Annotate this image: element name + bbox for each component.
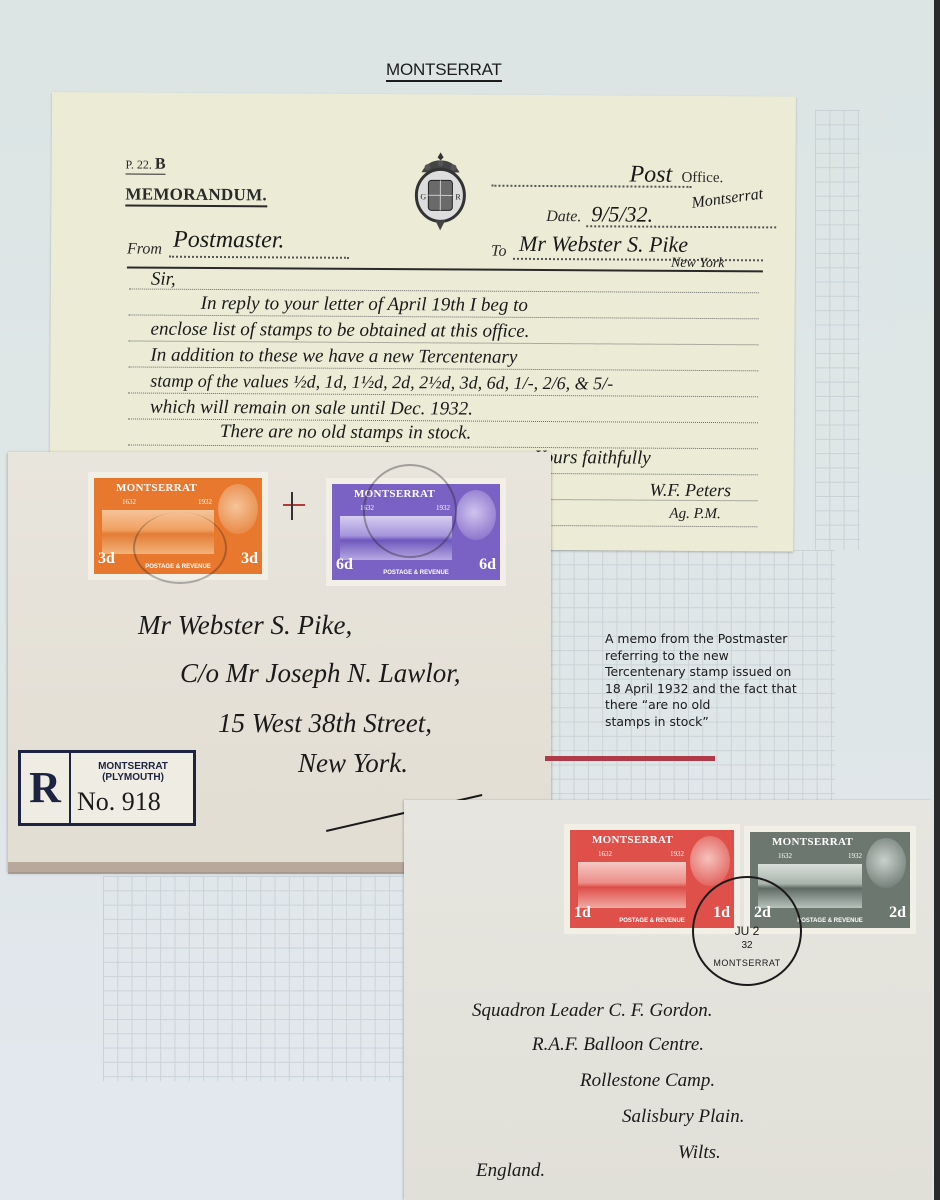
registration-office: MONTSERRAT (PLYMOUTH): [75, 761, 191, 783]
stamp-year-start: 1632: [778, 852, 792, 860]
king-portrait-icon: [866, 838, 906, 888]
stamp-year-start: 1632: [598, 850, 612, 858]
king-portrait-icon: [690, 836, 730, 886]
address-line-5: Wilts.: [678, 1142, 721, 1164]
post-office-label: Office.: [681, 170, 723, 187]
to-label: To: [491, 243, 507, 261]
postmark-montserrat: JU 2 32 MONTSERRAT: [692, 876, 802, 986]
svg-text:R: R: [455, 192, 461, 201]
caption-line: A memo from the Postmaster: [605, 631, 835, 648]
header-rule: [127, 266, 763, 272]
stamp-value: 6d: [479, 556, 496, 574]
stamp-year-start: 1632: [122, 498, 136, 506]
stamp-caption: POSTAGE & REVENUE: [383, 570, 449, 576]
address-line-4: New York.: [298, 748, 408, 779]
form-code-prefix: P. 22.: [126, 157, 152, 171]
from-field-line: [169, 256, 349, 259]
registration-letter: R: [21, 753, 71, 823]
registration-office-name: MONTSERRAT: [75, 761, 191, 772]
stamp-country: MONTSERRAT: [116, 482, 197, 494]
from-label: From: [127, 240, 162, 258]
page-edge: [934, 0, 940, 1200]
page-title: MONTSERRAT: [386, 61, 502, 82]
date-value: 9/5/32.: [591, 201, 653, 227]
royal-coat-of-arms-icon: G R: [407, 150, 473, 232]
body-line-6: There are no old stamps in stock.: [220, 421, 472, 445]
caption-line: stamps in stock”: [605, 714, 835, 731]
signature: W.F. Peters: [650, 480, 732, 501]
caption-line: Tercentenary stamp issued on: [605, 664, 835, 681]
caption-line: referring to the new: [605, 648, 835, 665]
registration-office-sub: (PLYMOUTH): [75, 772, 191, 783]
address-line-3: 15 West 38th Street,: [218, 708, 432, 739]
stamp-value: 3d: [241, 550, 258, 568]
post-office-value: Post: [629, 162, 672, 189]
date-label: Date.: [546, 208, 581, 226]
postmark-circle: [133, 512, 227, 584]
cover-england: MONTSERRAT 1632 1932 1d 1d POSTAGE & REV…: [404, 800, 932, 1200]
king-portrait-icon: [456, 490, 496, 540]
body-line-3: In addition to these we have a new Terce…: [150, 345, 517, 369]
graph-grid: [815, 110, 860, 550]
stamp-caption: POSTAGE & REVENUE: [619, 918, 685, 924]
svg-text:G: G: [420, 192, 426, 201]
stamp-country: MONTSERRAT: [592, 834, 673, 846]
stamp-value: 6d: [336, 556, 353, 574]
postmark-place: MONTSERRAT: [694, 958, 800, 968]
postmark-year: 32: [694, 940, 800, 951]
stamp-year-end: 1932: [670, 850, 684, 858]
body-line-1: In reply to your letter of April 19th I …: [201, 293, 528, 317]
location-value: Montserrat: [690, 185, 764, 212]
stamp-vignette: [578, 862, 686, 908]
form-code-suffix: B: [155, 156, 166, 173]
caption-line: there “are no old: [605, 697, 835, 714]
graph-grid: [103, 876, 403, 1081]
from-value: Postmaster.: [173, 227, 285, 255]
address-line-1: Mr Webster S. Pike,: [138, 610, 352, 641]
address-line-2: C/o Mr Joseph N. Lawlor,: [180, 658, 461, 689]
registration-label: R MONTSERRAT (PLYMOUTH) No. 918: [18, 750, 196, 826]
stamp-value: 1d: [574, 904, 591, 922]
body-line-2: enclose list of stamps to be obtained at…: [150, 319, 529, 343]
signature-title: Ag. P.M.: [669, 506, 720, 523]
address-line-3: Rollestone Camp.: [580, 1070, 715, 1092]
king-portrait-icon: [218, 484, 258, 534]
stamp-value: 3d: [98, 550, 115, 568]
to-field-line: [513, 258, 763, 262]
stamp-year-end: 1932: [198, 498, 212, 506]
body-line-5: which will remain on sale until Dec. 193…: [150, 397, 473, 421]
pencil-mark: [291, 492, 293, 520]
postmark-circle: [363, 464, 457, 558]
address-line-1: Squadron Leader C. F. Gordon.: [472, 1000, 713, 1022]
caption-accent-bar: [545, 756, 715, 761]
to-value: Mr Webster S. Pike: [519, 231, 688, 258]
stamp-value: 2d: [889, 904, 906, 922]
address-line-4: Salisbury Plain.: [622, 1106, 744, 1128]
form-code: P. 22. B: [125, 155, 165, 174]
description-caption: A memo from the Postmaster referring to …: [605, 631, 835, 730]
salutation: Sir,: [151, 269, 176, 291]
registration-number: No. 918: [77, 787, 161, 817]
pencil-mark: [283, 504, 305, 506]
body-line-4: stamp of the values ½d, 1d, 1½d, 2d, 2½d…: [150, 371, 613, 395]
memo-heading: MEMORANDUM.: [125, 184, 267, 207]
stamp-country: MONTSERRAT: [772, 836, 853, 848]
address-line-2: R.A.F. Balloon Centre.: [532, 1034, 704, 1056]
closing: Yours faithfully: [535, 447, 651, 470]
address-line-6: England.: [476, 1160, 545, 1182]
stamp-year-end: 1932: [848, 852, 862, 860]
stamp-caption: POSTAGE & REVENUE: [797, 918, 863, 924]
postmark-date: JU 2: [694, 924, 800, 938]
caption-line: 18 April 1932 and the fact that: [605, 681, 835, 698]
ruled-line: [128, 444, 758, 449]
